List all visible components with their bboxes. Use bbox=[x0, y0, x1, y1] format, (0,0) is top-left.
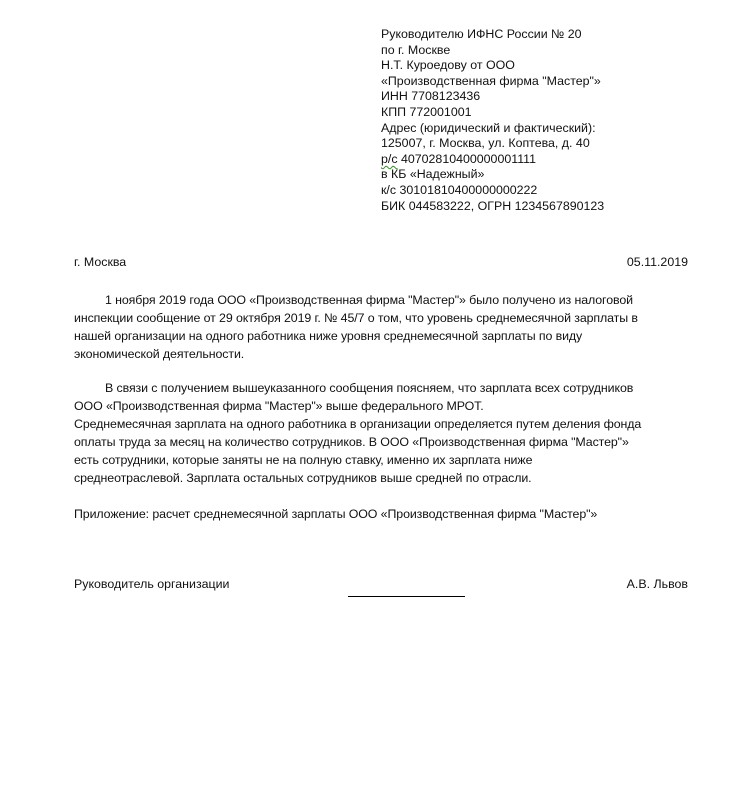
bik-ogrn-line: БИК 044583222, ОГРН 1234567890123 bbox=[381, 199, 721, 215]
paragraph-line: В связи с получением вышеуказанного сооб… bbox=[74, 379, 704, 397]
account-prefix: р/с bbox=[381, 152, 398, 166]
paragraph-line: экономической деятельности. bbox=[74, 345, 704, 363]
address-line: 125007, г. Москва, ул. Коптева, д. 40 bbox=[381, 136, 721, 152]
paragraph-line: есть сотрудники, которые заняты не на по… bbox=[74, 451, 704, 469]
signatory-position: Руководитель организации bbox=[74, 577, 229, 592]
addressee-line: Руководителю ИФНС России № 20 bbox=[381, 27, 721, 43]
place-date-row: г. Москва 05.11.2019 bbox=[74, 255, 688, 270]
paragraph-line: среднеотраслевой. Зарплата остальных сот… bbox=[74, 469, 704, 487]
paragraph-notification: 1 ноября 2019 года ООО «Производственная… bbox=[74, 291, 704, 363]
paragraph-line: Среднемесячная зарплата на одного работн… bbox=[74, 415, 704, 433]
signatory-name: А.В. Львов bbox=[627, 577, 688, 592]
addressee-block: Руководителю ИФНС России № 20 по г. Моск… bbox=[381, 27, 721, 214]
account-line: р/с 40702810400000001111 bbox=[381, 152, 721, 168]
paragraph-line: нашей организации на одного работника ни… bbox=[74, 327, 704, 345]
appendix-note: Приложение: расчет среднемесячной зарпла… bbox=[74, 505, 704, 523]
signature-block: Руководитель организации А.В. Львов bbox=[74, 577, 688, 601]
bank-line: в КБ «Надежный» bbox=[381, 167, 721, 183]
paragraph-line: инспекции сообщение от 29 октября 2019 г… bbox=[74, 309, 704, 327]
address-label: Адрес (юридический и фактический): bbox=[381, 121, 721, 137]
appendix-text: Приложение: расчет среднемесячной зарпла… bbox=[74, 505, 704, 523]
signature-line bbox=[348, 596, 465, 597]
addressee-line: «Производственная фирма "Мастер"» bbox=[381, 74, 721, 90]
place: г. Москва bbox=[74, 255, 126, 270]
account-number: 40702810400000001111 bbox=[398, 152, 537, 166]
paragraph-line: 1 ноября 2019 года ООО «Производственная… bbox=[74, 291, 704, 309]
paragraph-line: оплаты труда за месяц на количество сотр… bbox=[74, 433, 704, 451]
inn-line: ИНН 7708123436 bbox=[381, 89, 721, 105]
date: 05.11.2019 bbox=[627, 255, 688, 270]
addressee-line: Н.Т. Куроедову от ООО bbox=[381, 58, 721, 74]
addressee-line: по г. Москве bbox=[381, 43, 721, 59]
paragraph-explanation: В связи с получением вышеуказанного сооб… bbox=[74, 379, 704, 487]
letter-page: Руководителю ИФНС России № 20 по г. Моск… bbox=[0, 0, 739, 812]
kpp-line: КПП 772001001 bbox=[381, 105, 721, 121]
corr-account-line: к/с 30101810400000000222 bbox=[381, 183, 721, 199]
paragraph-line: ООО «Производственная фирма "Мастер"» вы… bbox=[74, 397, 704, 415]
